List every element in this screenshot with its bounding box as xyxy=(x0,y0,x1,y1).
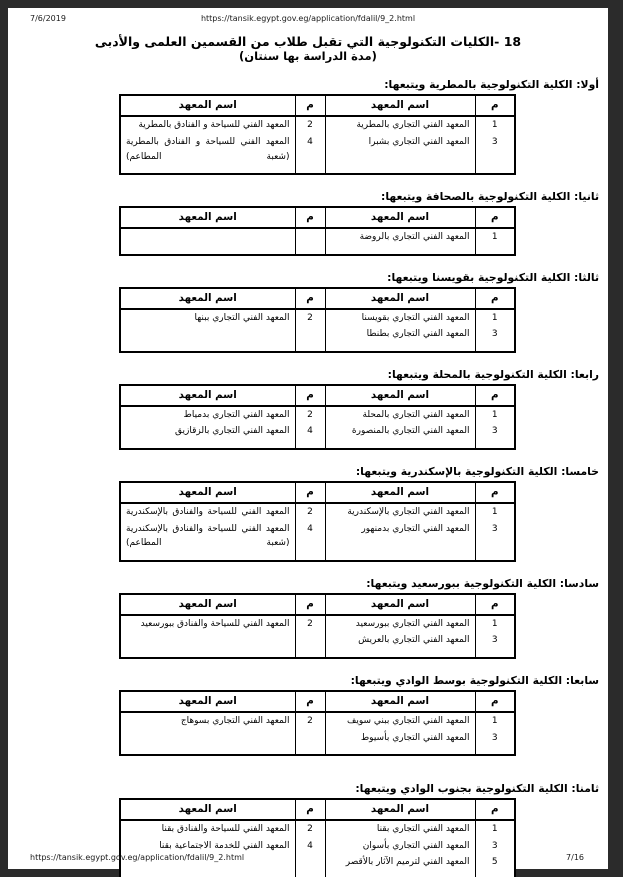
column-header-institute-name: اسم المعهد xyxy=(120,482,295,503)
column-header-institute-name: اسم المعهد xyxy=(325,799,475,820)
section-heading: أولا: الكلية التكنولوجية بالمطرية ويتبعه… xyxy=(8,78,608,91)
institute-name-cell: المعهد الفني التجاري بشبرا xyxy=(325,134,475,174)
row-number-cell: 1 xyxy=(475,116,515,134)
section: ثالثا: الكلية التكنولوجية بقويسنا ويتبعه… xyxy=(8,271,608,353)
row-number-cell xyxy=(295,228,325,255)
institute-name-cell: المعهد الفني للسياحة و الفنادق بالمطرية … xyxy=(120,134,295,174)
column-header-number: م xyxy=(295,288,325,309)
table-row: 3المعهد الفني التجاري بدمنهور4المعهد الف… xyxy=(120,521,515,561)
table-row: 1المعهد الفني التجاري بالمطرية2المعهد ال… xyxy=(120,116,515,134)
institutes-table: ماسم المعهدماسم المعهد1المعهد الفني التج… xyxy=(119,798,516,877)
section: رابعا: الكلية التكنولوجية بالمحلة ويتبعه… xyxy=(8,368,608,450)
table-row: 3المعهد الفني التجاري بأسيوط xyxy=(120,730,515,756)
institute-name-cell: المعهد الفني التجاري بالمحلة xyxy=(325,406,475,424)
table-header-row: ماسم المعهدماسم المعهد xyxy=(120,207,515,228)
table-header-row: ماسم المعهدماسم المعهد xyxy=(120,482,515,503)
column-header-institute-name: اسم المعهد xyxy=(325,95,475,116)
table-header-row: ماسم المعهدماسم المعهد xyxy=(120,385,515,406)
row-number-cell: 1 xyxy=(475,615,515,633)
row-number-cell: 3 xyxy=(475,521,515,561)
institute-name-cell: المعهد الفني التجاري ببورسعيد xyxy=(325,615,475,633)
column-header-number: م xyxy=(295,594,325,615)
table-row: 3المعهد الفني التجاري بطنطا xyxy=(120,326,515,352)
column-header-number: م xyxy=(475,594,515,615)
institute-name-cell: المعهد الفني التجاري بدمياط xyxy=(120,406,295,424)
column-header-number: م xyxy=(475,207,515,228)
column-header-number: م xyxy=(295,482,325,503)
column-header-institute-name: اسم المعهد xyxy=(325,385,475,406)
column-header-number: م xyxy=(295,207,325,228)
row-number-cell: 2 xyxy=(295,116,325,134)
institute-name-cell: المعهد الفني للسياحة و الفنادق بالمطرية xyxy=(120,116,295,134)
row-number-cell xyxy=(295,730,325,756)
table-header-row: ماسم المعهدماسم المعهد xyxy=(120,594,515,615)
institute-name-cell: المعهد الفني التجاري بالعريش xyxy=(325,632,475,658)
row-number-cell xyxy=(295,632,325,658)
section: ثامنا: الكلية التكنولوجية بجنوب الوادي و… xyxy=(8,782,608,877)
column-header-number: م xyxy=(475,95,515,116)
section: خامسا: الكلية التكنولوجية بالإسكندرية وي… xyxy=(8,465,608,562)
column-header-institute-name: اسم المعهد xyxy=(325,691,475,712)
institutes-table: ماسم المعهدماسم المعهد1المعهد الفني التج… xyxy=(119,206,516,256)
section: سادسا: الكلية التكنولوجية ببورسعيد ويتبع… xyxy=(8,577,608,659)
row-number-cell: 1 xyxy=(475,228,515,255)
section-heading: رابعا: الكلية التكنولوجية بالمحلة ويتبعه… xyxy=(8,368,608,381)
section-heading: خامسا: الكلية التكنولوجية بالإسكندرية وي… xyxy=(8,465,608,478)
table-row: 1المعهد الفني التجاري ببني سويف2المعهد ا… xyxy=(120,712,515,730)
sections-container: أولا: الكلية التكنولوجية بالمطرية ويتبعه… xyxy=(8,78,608,877)
row-number-cell: 3 xyxy=(475,730,515,756)
institutes-table: ماسم المعهدماسم المعهد1المعهد الفني التج… xyxy=(119,481,516,562)
institute-name-cell: المعهد الفني التجاري بقويسنا xyxy=(325,309,475,327)
document-title: 18 -الكليات التكنولوجية التي تقبل طلاب م… xyxy=(8,34,608,50)
print-footer: https://tansik.egypt.gov.eg/application/… xyxy=(8,853,608,862)
column-header-institute-name: اسم المعهد xyxy=(120,799,295,820)
table-row: 3المعهد الفني التجاري بأسوان4المعهد الفن… xyxy=(120,838,515,855)
row-number-cell: 4 xyxy=(295,521,325,561)
column-header-number: م xyxy=(475,691,515,712)
column-header-institute-name: اسم المعهد xyxy=(325,207,475,228)
table-row: 1المعهد الفني التجاري ببورسعيد2المعهد ال… xyxy=(120,615,515,633)
row-number-cell: 2 xyxy=(295,406,325,424)
column-header-number: م xyxy=(295,799,325,820)
section-heading: سادسا: الكلية التكنولوجية ببورسعيد ويتبع… xyxy=(8,577,608,590)
row-number-cell: 3 xyxy=(475,326,515,352)
table-header-row: ماسم المعهدماسم المعهد xyxy=(120,799,515,820)
institute-name-cell: المعهد الفني التجاري بالروضة xyxy=(325,228,475,255)
institute-name-cell: المعهد الفني للخدمة الاجتماعية بقنا xyxy=(120,838,295,855)
institute-name-cell xyxy=(120,326,295,352)
institute-name-cell: المعهد الفني التجاري بطنطا xyxy=(325,326,475,352)
institute-name-cell: المعهد الفني التجاري بالزقازيق xyxy=(120,423,295,449)
institute-name-cell: المعهد الفني التجاري بالإسكندرية xyxy=(325,503,475,521)
column-header-institute-name: اسم المعهد xyxy=(120,691,295,712)
row-number-cell: 2 xyxy=(295,309,325,327)
column-header-number: م xyxy=(295,691,325,712)
table-row: 1المعهد الفني التجاري بالإسكندرية2المعهد… xyxy=(120,503,515,521)
page-number: 7/16 xyxy=(566,853,584,862)
institutes-table: ماسم المعهدماسم المعهد1المعهد الفني التج… xyxy=(119,384,516,450)
institute-name-cell: المعهد الفني للسياحة والفنادق ببورسعيد xyxy=(120,615,295,633)
institute-name-cell: المعهد الفني التجاري بالمطرية xyxy=(325,116,475,134)
institute-name-cell: المعهد الفني التجاري ببنها xyxy=(120,309,295,327)
row-number-cell: 3 xyxy=(475,423,515,449)
column-header-institute-name: اسم المعهد xyxy=(120,288,295,309)
row-number-cell: 2 xyxy=(295,615,325,633)
institute-name-cell: المعهد الفني التجاري بقنا xyxy=(325,820,475,838)
table-row: 1المعهد الفني التجاري بقويسنا2المعهد الف… xyxy=(120,309,515,327)
table-row: 1المعهد الفني التجاري بقنا2المعهد الفني … xyxy=(120,820,515,838)
institute-name-cell: المعهد الفني للسياحة والفنادق بالإسكندري… xyxy=(120,521,295,561)
institute-name-cell xyxy=(120,228,295,255)
institute-name-cell: المعهد الفني التجاري ببني سويف xyxy=(325,712,475,730)
column-header-number: م xyxy=(295,385,325,406)
column-header-institute-name: اسم المعهد xyxy=(325,594,475,615)
institute-name-cell xyxy=(120,730,295,756)
document-subtitle: (مدة الدراسة بها سنتان) xyxy=(8,50,608,64)
print-header: 7/6/2019 https://tansik.egypt.gov.eg/app… xyxy=(8,8,608,26)
column-header-number: م xyxy=(475,482,515,503)
section: سابعا: الكلية التكنولوجية بوسط الوادي وي… xyxy=(8,674,608,756)
row-number-cell: 3 xyxy=(475,134,515,174)
row-number-cell: 4 xyxy=(295,134,325,174)
column-header-institute-name: اسم المعهد xyxy=(120,207,295,228)
column-header-number: م xyxy=(295,95,325,116)
table-header-row: ماسم المعهدماسم المعهد xyxy=(120,691,515,712)
document-page: 7/6/2019 https://tansik.egypt.gov.eg/app… xyxy=(8,8,608,869)
row-number-cell: 2 xyxy=(295,820,325,838)
column-header-institute-name: اسم المعهد xyxy=(325,482,475,503)
row-number-cell: 1 xyxy=(475,820,515,838)
institute-name-cell xyxy=(120,632,295,658)
section-heading: سابعا: الكلية التكنولوجية بوسط الوادي وي… xyxy=(8,674,608,687)
row-number-cell: 4 xyxy=(295,838,325,855)
institute-name-cell: المعهد الفني التجاري بالمنصورة xyxy=(325,423,475,449)
print-header-url: https://tansik.egypt.gov.eg/application/… xyxy=(8,14,608,23)
table-header-row: ماسم المعهدماسم المعهد xyxy=(120,95,515,116)
institute-name-cell: المعهد الفني للسياحة والفنادق بقنا xyxy=(120,820,295,838)
institute-name-cell: المعهد الفني التجاري بدمنهور xyxy=(325,521,475,561)
row-number-cell: 4 xyxy=(295,423,325,449)
section: ثانيا: الكلية التكنولوجية بالصحافة ويتبع… xyxy=(8,190,608,256)
institutes-table: ماسم المعهدماسم المعهد1المعهد الفني التج… xyxy=(119,287,516,353)
institute-name-cell: المعهد الفني للسياحة والفنادق بالإسكندري… xyxy=(120,503,295,521)
table-row: 1المعهد الفني التجاري بالروضة xyxy=(120,228,515,255)
institute-name-cell: المعهد الفني التجاري بأسوان xyxy=(325,838,475,855)
institutes-table: ماسم المعهدماسم المعهد1المعهد الفني التج… xyxy=(119,94,516,175)
column-header-number: م xyxy=(475,799,515,820)
table-header-row: ماسم المعهدماسم المعهد xyxy=(120,288,515,309)
institutes-table: ماسم المعهدماسم المعهد1المعهد الفني التج… xyxy=(119,690,516,756)
column-header-institute-name: اسم المعهد xyxy=(120,385,295,406)
institute-name-cell: المعهد الفني التجاري بأسيوط xyxy=(325,730,475,756)
table-row: 3المعهد الفني التجاري بشبرا4المعهد الفني… xyxy=(120,134,515,174)
row-number-cell: 3 xyxy=(475,632,515,658)
column-header-institute-name: اسم المعهد xyxy=(325,288,475,309)
table-row: 3المعهد الفني التجاري بالعريش xyxy=(120,632,515,658)
section-heading: ثامنا: الكلية التكنولوجية بجنوب الوادي و… xyxy=(8,782,608,795)
section-heading: ثالثا: الكلية التكنولوجية بقويسنا ويتبعه… xyxy=(8,271,608,284)
column-header-number: م xyxy=(475,385,515,406)
institute-name-cell: المعهد الفني التجاري بسوهاج xyxy=(120,712,295,730)
row-number-cell: 1 xyxy=(475,309,515,327)
table-row: 1المعهد الفني التجاري بالمحلة2المعهد الف… xyxy=(120,406,515,424)
institutes-table: ماسم المعهدماسم المعهد1المعهد الفني التج… xyxy=(119,593,516,659)
section-heading: ثانيا: الكلية التكنولوجية بالصحافة ويتبع… xyxy=(8,190,608,203)
row-number-cell: 1 xyxy=(475,503,515,521)
section: أولا: الكلية التكنولوجية بالمطرية ويتبعه… xyxy=(8,78,608,175)
table-row: 3المعهد الفني التجاري بالمنصورة4المعهد ا… xyxy=(120,423,515,449)
column-header-institute-name: اسم المعهد xyxy=(120,95,295,116)
print-footer-url: https://tansik.egypt.gov.eg/application/… xyxy=(30,853,244,862)
row-number-cell xyxy=(295,326,325,352)
column-header-number: م xyxy=(475,288,515,309)
row-number-cell: 1 xyxy=(475,712,515,730)
row-number-cell: 2 xyxy=(295,503,325,521)
row-number-cell: 2 xyxy=(295,712,325,730)
column-header-institute-name: اسم المعهد xyxy=(120,594,295,615)
row-number-cell: 1 xyxy=(475,406,515,424)
row-number-cell: 3 xyxy=(475,838,515,855)
